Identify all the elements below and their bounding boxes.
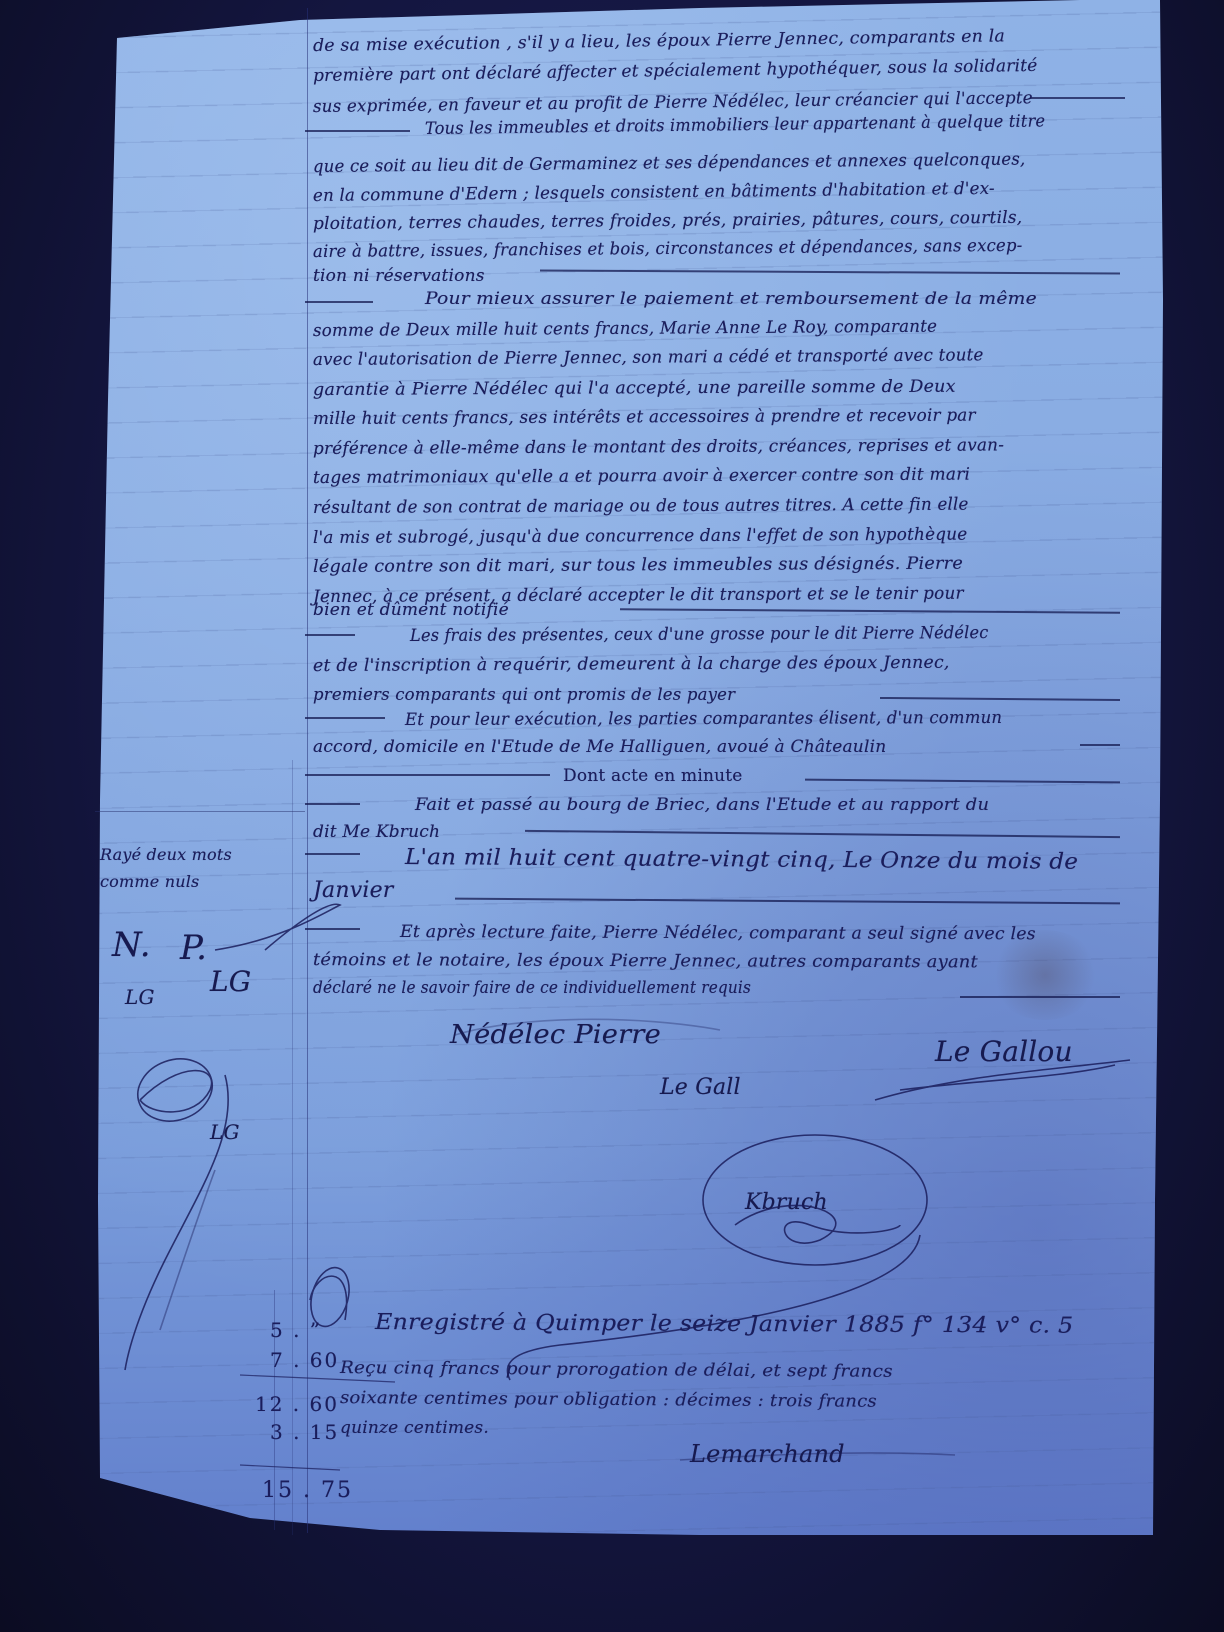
registration-line: soixante centimes pour obligation : déci…	[340, 1388, 877, 1412]
amount: 5 . ”	[270, 1318, 322, 1342]
amount: 12 . 60	[255, 1392, 339, 1416]
document-photo: de sa mise exécution , s'il y a lieu, le…	[0, 0, 1224, 1632]
registration-line: Reçu cinq francs pour prorogation de dél…	[340, 1358, 893, 1382]
amount: 7 . 60	[270, 1348, 339, 1372]
registration-line: Enregistré à Quimper le seize Janvier 18…	[375, 1310, 1074, 1339]
notary-seal-icon	[703, 1135, 927, 1265]
clerk-signature: Lemarchand	[690, 1440, 845, 1468]
paraph-loop-icon	[129, 1049, 221, 1131]
signature-flourishes	[0, 0, 1224, 1632]
amount-total: 15 . 75	[262, 1478, 353, 1503]
registration-line: quinze centimes.	[340, 1418, 489, 1438]
amount: 3 . 15	[270, 1420, 339, 1444]
